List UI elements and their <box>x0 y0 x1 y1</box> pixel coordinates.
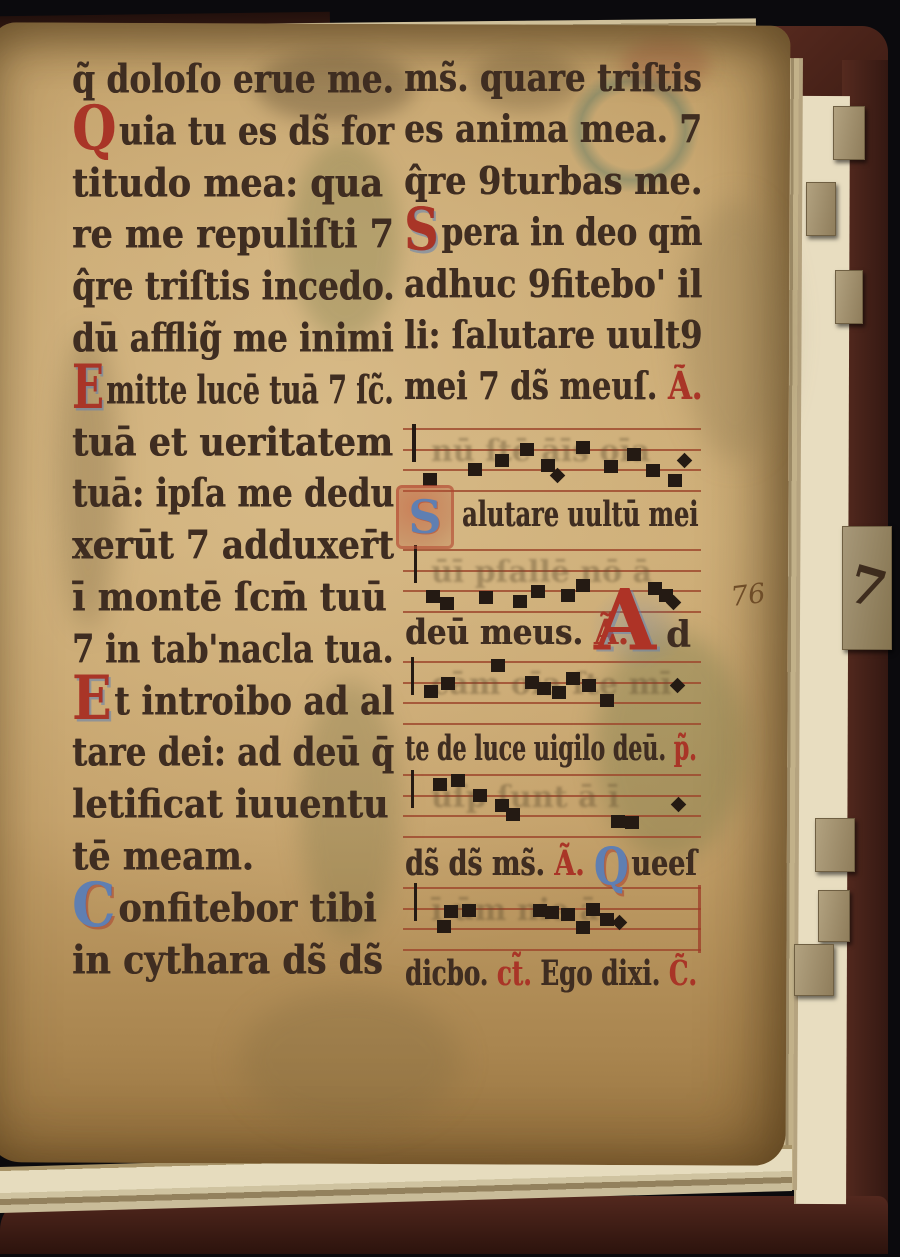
neume <box>541 459 555 472</box>
manuscript-text-line: q̂re triſtis incedo. <box>72 258 394 316</box>
neume <box>424 685 438 698</box>
text-segment: 7 in tab'nacla tua. <box>72 626 393 672</box>
illuminated-initial: Q <box>594 836 629 896</box>
text-segment: Ego dixi. <box>540 954 669 994</box>
neume <box>468 463 482 476</box>
text-segment: C̃. <box>669 954 697 994</box>
manuscript-text-line: tuā: ipſa me dedu <box>72 465 394 523</box>
folio-number: 76 <box>729 578 767 613</box>
clef-mark <box>411 770 415 808</box>
manuscript-text-line: q̂re 9turbas me. <box>404 154 702 212</box>
staff-line <box>403 949 701 951</box>
text-segment: tare dei: ad deū q̄ <box>72 730 394 776</box>
staff-line <box>403 836 701 838</box>
neume <box>561 589 575 602</box>
neume <box>582 679 596 692</box>
manuscript-text-line: ds̃ ds̃ ms̃. Ã. Queeſ <box>405 842 697 887</box>
text-segment: pera in deo qm̄ <box>441 211 702 256</box>
tab-numeral: 7 <box>842 558 891 618</box>
large-illuminated-initial: A <box>594 582 656 658</box>
flyleaf-page-edge <box>794 96 850 1204</box>
text-segment: tuā: ipſa me dedu <box>72 471 394 517</box>
decorated-initial-block: S <box>396 485 454 549</box>
manuscript-text-line: q̃ doloſo erue me. <box>72 51 394 109</box>
manuscript-text-line: mei 7 ds̃ meuſ. Ã. <box>404 359 702 417</box>
neume <box>576 441 590 454</box>
illuminated-initial: Q <box>72 91 116 163</box>
neume <box>433 778 447 791</box>
index-tab-with-mark: 7 <box>842 526 892 650</box>
text-segment: li: ſalutare uult9 <box>404 314 702 359</box>
manuscript-text-line: xerūt 7 adduxer̄t <box>72 517 394 575</box>
neume <box>670 677 686 693</box>
neume <box>668 474 682 487</box>
text-segment: q̂re triſtis incedo. <box>72 264 394 310</box>
text-segment: in cythara ds̃ ds̃ <box>72 937 383 983</box>
neume <box>576 921 590 934</box>
illuminated-initial: S <box>404 196 439 264</box>
manuscript-text-line: te de luce uigilo deū. p̃. <box>405 727 697 772</box>
manuscript-text-line: tare dei: ad deū q̄ <box>72 724 394 782</box>
neume <box>561 908 575 921</box>
index-tab <box>794 944 834 996</box>
illuminated-initial: C <box>72 868 115 940</box>
text-segment: t introibo ad al <box>114 678 394 724</box>
right-text-column: ms̃. quare triſtises anima mea. 7q̂re 9t… <box>404 54 735 414</box>
text-segment: adhuc 9fitebo' il <box>404 262 702 307</box>
neume <box>440 597 454 610</box>
text-segment: xerūt 7 adduxer̄t <box>72 523 394 569</box>
text-segment: tuā et ueritatem <box>72 419 393 465</box>
neume <box>646 464 660 477</box>
manuscript-text-line: adhuc 9fitebo' il <box>404 257 702 315</box>
neume <box>520 443 534 456</box>
manuscript-text-line: li: ſalutare uult9 <box>404 308 702 366</box>
music-staff: ūſp ſunt ā ī <box>405 774 697 840</box>
clef-mark <box>414 545 418 583</box>
index-tab <box>818 890 850 942</box>
text-segment: mitte lucē tuā 7 ſc̃. <box>106 367 393 413</box>
text-segment: p̃. <box>674 729 697 769</box>
clef-mark <box>414 883 418 921</box>
neume <box>495 454 509 467</box>
illuminated-initial: S <box>408 490 441 544</box>
staff-line <box>403 887 701 889</box>
neume <box>426 590 440 603</box>
photograph-of-manuscript-book: 7 q̃ doloſo erue me.Quia tu es ds̃ forti… <box>0 0 900 1257</box>
manuscript-text-line: alutare uultū mei <box>462 493 698 538</box>
staff-line <box>403 428 701 430</box>
neume <box>576 579 590 592</box>
neume <box>441 677 455 690</box>
staff-end-bar <box>698 885 701 953</box>
text-segment: re me repuliſti 7 <box>72 212 394 258</box>
manuscript-text-line: tuā et ueritatem <box>72 413 393 471</box>
neume <box>566 672 580 685</box>
clef-mark <box>411 657 415 695</box>
text-segment: te de luce uigilo deū. <box>405 729 674 769</box>
neume <box>537 682 551 695</box>
text-segment: Ã. <box>668 365 702 410</box>
index-tab <box>806 182 836 236</box>
neume <box>513 595 527 608</box>
neume <box>611 815 625 828</box>
neume <box>600 694 614 707</box>
staff-line <box>403 723 701 725</box>
index-tab <box>815 818 855 872</box>
clef-mark <box>412 424 416 462</box>
manuscript-text-line: es anima mea. 7 <box>404 102 702 160</box>
neume <box>586 903 600 916</box>
text-segment: dicbo. <box>405 954 497 994</box>
manuscript-text-line: dū afflig̃ me inimi <box>72 310 394 368</box>
manuscript-text-line: Et introibo ad al <box>72 672 394 730</box>
manuscript-text-line: Emitte lucē tuā 7 ſc̃. <box>72 362 394 420</box>
text-segment: onfitebor tibi <box>118 885 376 931</box>
text-segment: d <box>666 614 691 656</box>
manuscript-text-line: in cythara ds̃ ds̃ <box>72 931 383 989</box>
index-tab <box>833 106 865 160</box>
neume <box>462 904 476 917</box>
text-segment: uia tu es ds̃ for <box>119 108 394 154</box>
staff-line <box>403 774 701 776</box>
manuscript-text-line: re me repuliſti 7 <box>72 206 394 264</box>
music-staff: ī ūm nie ā <box>405 887 697 953</box>
text-segment: deū meus. <box>405 613 594 653</box>
manuscript-text-line: ī montē ſcm̄ tuū <box>72 569 387 627</box>
staff-line <box>403 815 701 817</box>
manuscript-text-line: Confitebor tibi <box>72 880 377 938</box>
text-segment: titudo mea: qua <box>72 160 383 206</box>
music-staff: nū ſtē āīs oīa <box>405 428 697 494</box>
neume <box>473 789 487 802</box>
neume <box>671 796 687 812</box>
illuminated-initial: E <box>72 661 111 733</box>
text-segment: alutare uultū mei <box>462 495 698 535</box>
neume <box>491 659 505 672</box>
neume <box>604 460 618 473</box>
neume <box>552 686 566 699</box>
text-segment: letificat iuuentu <box>72 782 388 828</box>
manuscript-text-line: Quia tu es ds̃ for <box>72 103 394 161</box>
neume <box>531 585 545 598</box>
text-segment: q̃ doloſo erue me. <box>72 56 394 102</box>
text-segment: ct̃. <box>497 954 540 994</box>
manuscript-text-line: titudo mea: qua <box>72 154 383 212</box>
neume <box>506 808 520 821</box>
neume <box>600 913 614 926</box>
text-segment: es anima mea. 7 <box>404 108 702 153</box>
manuscript-text-line: letificat iuuentu <box>72 776 388 834</box>
neume <box>451 774 465 787</box>
manuscript-text-line: 7 in tab'nacla tua. <box>72 621 393 679</box>
text-segment: mei 7 ds̃ meuſ. <box>404 365 668 410</box>
manuscript-text-line: ms̃. quare triſtis <box>404 51 702 109</box>
neume <box>677 453 693 469</box>
neume <box>545 906 559 919</box>
index-tab <box>835 270 863 324</box>
text-segment: q̂re 9turbas me. <box>404 159 702 204</box>
manuscript-text-line: Spera in deo qm̄ <box>404 205 702 263</box>
text-segment: ueeſ <box>631 844 696 884</box>
neume <box>479 591 493 604</box>
neume <box>444 905 458 918</box>
staff-line <box>403 702 701 704</box>
neume <box>627 448 641 461</box>
text-segment: ms̃. quare triſtis <box>404 57 702 102</box>
staff-line <box>403 549 701 551</box>
text-segment: Ã. <box>554 844 594 884</box>
text-segment: ds̃ ds̃ ms̃. <box>405 844 554 884</box>
manuscript-text-line: dicbo. ct̃. Ego dixi. C̃. <box>405 952 697 997</box>
text-segment: ī montē ſcm̄ tuū <box>72 574 387 620</box>
text-segment: dū afflig̃ me inimi <box>72 315 394 361</box>
illuminated-initial: E <box>72 350 104 422</box>
neume <box>625 816 639 829</box>
neume <box>437 920 451 933</box>
